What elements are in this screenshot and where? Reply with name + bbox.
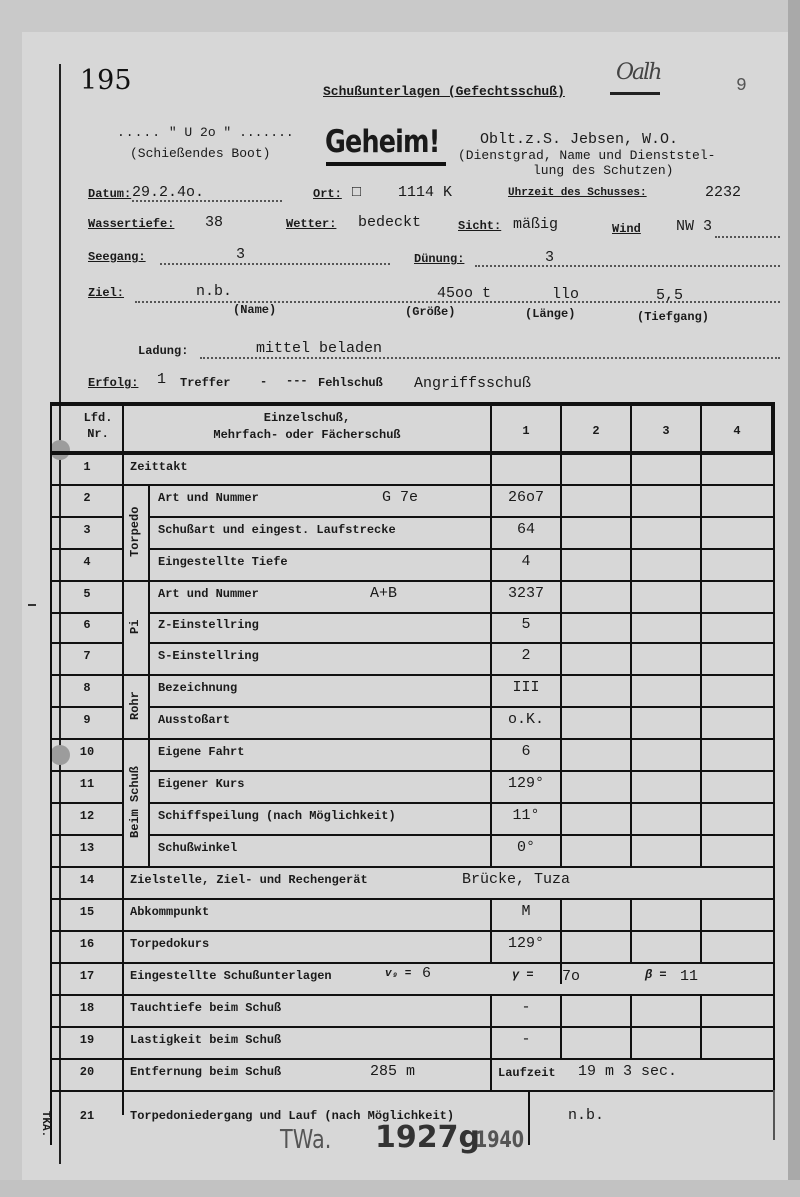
sicht-label: Sicht: [458,219,501,233]
datum-value: 29.2.4o. [132,184,204,201]
ziel-name-value: n.b. [196,283,232,300]
datum-label: Datum: [88,187,131,201]
wetter-label: Wetter: [286,217,336,231]
fehlschuss-count: --- [286,374,308,388]
row-label: Tauchtiefe beim Schuß [130,1001,281,1015]
row-extra: A+B [370,585,397,602]
treffer-label: Treffer [180,376,230,390]
wetter-value: bedeckt [358,214,421,231]
row-number: 8 [52,681,122,695]
officer-value: Oblt.z.S. Jebsen, W.O. [480,131,678,148]
row-value-1: o.K. [492,711,560,728]
row-divider [50,994,775,996]
bottom-shadow [0,1180,800,1197]
erfolg-note: Angriffsschuß [414,375,531,392]
vg-value: 6 [422,965,431,982]
row-label: S-Einstellring [158,649,259,663]
row-value-1: 6 [492,743,560,760]
row-number: 3 [52,523,122,537]
col-divider [630,994,632,1058]
row-divider [50,866,775,868]
duenung-value: 3 [545,249,554,266]
row-value-1: 4 [492,553,560,570]
col-divider [560,898,562,962]
group-label-beim_schuss: Beim Schuß [128,738,142,866]
row-label: Z-Einstellring [158,618,259,632]
row-number: 11 [52,777,122,791]
row-divider [50,580,775,582]
row-label: Eigener Kurs [158,777,244,791]
row-divider [50,612,775,614]
beta-value: 11 [680,968,698,985]
row-divider [50,484,775,486]
row-number: 20 [52,1065,122,1079]
row-value-1: 129° [492,935,560,952]
groesse-caption: (Größe) [405,305,455,319]
row-value-1: 64 [492,521,560,538]
dotted-line [160,263,390,265]
group-label-pi: Pi [128,580,142,674]
row-number: 5 [52,587,122,601]
row-number: 12 [52,809,122,823]
gamma-label: γ = [512,968,534,982]
row-value-1: 2 [492,647,560,664]
row-number: 19 [52,1033,122,1047]
row-number: 21 [52,1109,122,1123]
fehlschuss-label: Fehlschuß [318,376,383,390]
row-label: Lastigkeit beim Schuß [130,1033,281,1047]
wind-label: Wind [612,222,641,236]
duenung-label: Dünung: [414,252,464,266]
page-number: 195 [80,65,132,96]
row-divider [50,1058,775,1060]
header-col-4: 4 [702,424,772,438]
row-value-1: 5 [492,616,560,633]
form-title: Schußunterlagen (Gefechtsschuß) [323,84,565,99]
seegang-value: 3 [236,246,245,263]
header-col-2: 2 [562,424,630,438]
row-label: Eingestellte Schußunterlagen [130,969,332,983]
square-icon: □ [352,184,361,201]
row-divider [50,1026,775,1028]
row-divider [50,453,775,455]
ziel-laenge-value: llo [552,286,579,303]
treffer-count: 1 [157,371,166,388]
margin-mark [28,604,36,606]
dotted-line [132,200,282,202]
ort-value: 1114 K [398,184,452,201]
sicht-value: mäßig [513,216,558,233]
signature-underline [610,92,660,95]
row-divider [50,642,775,644]
row-label: Eingestellte Tiefe [158,555,288,569]
row-label: Schiffspeilung (nach Möglichkeit) [158,809,396,823]
row-number: 2 [52,491,122,505]
row-value-1: M [492,903,560,920]
group-column-border [148,484,150,866]
header-col-3: 3 [632,424,700,438]
row-value-1: 0° [492,839,560,856]
wassertiefe-value: 38 [205,214,223,231]
dotted-line [475,265,780,267]
row-number: 6 [52,618,122,632]
col-divider [560,453,562,866]
col-divider [490,1058,492,1090]
row-extra: G 7e [382,489,418,506]
beta-label: β = [645,968,667,982]
dash: - [260,375,267,389]
ziel-groesse-value: 45oo t [437,285,491,302]
col-divider [700,994,702,1058]
col-divider [700,898,702,962]
laufzeit-value: 19 m 3 sec. [578,1063,677,1080]
erfolg-label: Erfolg: [88,376,138,390]
ziel-tiefgang-value: 5,5 [656,287,683,304]
row-number: 1 [52,460,122,474]
row-label: Ausstoßart [158,713,230,727]
ziel-label: Ziel: [88,286,124,300]
stamp-prefix: TWa. [280,1125,331,1155]
row-divider [50,738,775,740]
row-divider [50,770,775,772]
row-label: Abkommpunkt [130,905,209,919]
row-value-1: - [492,1031,560,1048]
row-divider [50,802,775,804]
stamp-number: 1927g [375,1120,480,1155]
gamma-value: 7o [562,968,580,985]
row-divider [50,706,775,708]
header-col-1: 1 [492,424,560,438]
secret-stamp: Geheim! [325,124,440,160]
row-label: Art und Nummer [158,587,259,601]
ort-label: Ort: [313,187,342,201]
stamp-year: 1940 [475,1128,524,1153]
row-value-1: 26o7 [492,489,560,506]
row-number: 9 [52,713,122,727]
row-number: 14 [52,873,122,887]
row-divider [50,930,775,932]
row-label: Torpedokurs [130,937,209,951]
header-desc: Einzelschuß, Mehrfach- oder Fächerschuß [124,410,490,444]
officer-label: (Dienstgrad, Name und Dienststel- lung d… [458,148,715,178]
edge-shadow [788,0,800,1197]
dotted-line [715,236,780,238]
group-label-torpedo: Torpedo [128,484,142,580]
ladung-value: mittel beladen [256,340,382,357]
row-label: Art und Nummer [158,491,259,505]
right-edge-fragment [773,1090,775,1140]
col-divider [630,898,632,962]
nr-column-border [122,453,124,1115]
boat-label: (Schießendes Boot) [130,146,270,161]
header-nr: Lfd. Nr. [78,410,118,442]
signature: Oalh [616,60,660,85]
col-divider [560,994,562,1058]
row-divider [50,898,775,900]
group-label-rohr: Rohr [128,674,142,738]
tiefgang-caption: (Tiefgang) [637,310,709,324]
row-number: 7 [52,649,122,663]
uhrzeit-value: 2232 [705,184,741,201]
row-value-1: 129° [492,775,560,792]
row-number: 17 [52,969,122,983]
row-label: Entfernung beim Schuß [130,1065,281,1079]
vg-label: v₉ = [385,968,411,980]
row-label: Zielstelle, Ziel- und Rechengerät [130,873,368,887]
row-number: 15 [52,905,122,919]
row-divider [50,674,775,676]
col-divider [630,453,632,866]
wind-value: NW 3 [676,218,712,235]
dotted-line [200,357,780,359]
row-label: Bezeichnung [158,681,237,695]
row-number: 18 [52,1001,122,1015]
margin-line [59,64,61,1164]
row-number: 10 [52,745,122,759]
laenge-caption: (Länge) [525,307,575,321]
row-value-1: n.b. [568,1107,604,1124]
col-divider [528,1090,530,1145]
row-value-1: 11° [492,807,560,824]
row-divider [50,1090,775,1092]
seegang-label: Seegang: [88,250,146,264]
row-extra: Brücke, Tuza [462,871,570,888]
boat-value: ..... " U 2o " ....... [117,125,294,140]
row-extra: 285 m [370,1063,415,1080]
row-label: Schußart und eingest. Laufstrecke [158,523,396,537]
margin-note: TKA. [39,1111,51,1137]
row-divider [50,516,775,518]
row-label: Schußwinkel [158,841,237,855]
col-divider [700,453,702,866]
row-value-1: 3237 [492,585,560,602]
row-number: 16 [52,937,122,951]
row-divider [50,548,775,550]
row-divider [50,962,775,964]
row-value-1: III [492,679,560,696]
ladung-label: Ladung: [138,344,188,358]
uhrzeit-label: Uhrzeit des Schusses: [508,187,647,199]
row-number: 13 [52,841,122,855]
secret-underline [326,162,446,166]
row-label: Zeittakt [130,460,188,474]
laufzeit-label: Laufzeit [498,1066,556,1080]
row-divider [50,834,775,836]
table-right-border [773,405,775,1090]
name-caption: (Name) [233,303,276,317]
row-value-1: - [492,999,560,1016]
sheet-number: 9 [736,76,747,96]
wassertiefe-label: Wassertiefe: [88,217,174,231]
row-number: 4 [52,555,122,569]
row-label: Eigene Fahrt [158,745,244,759]
